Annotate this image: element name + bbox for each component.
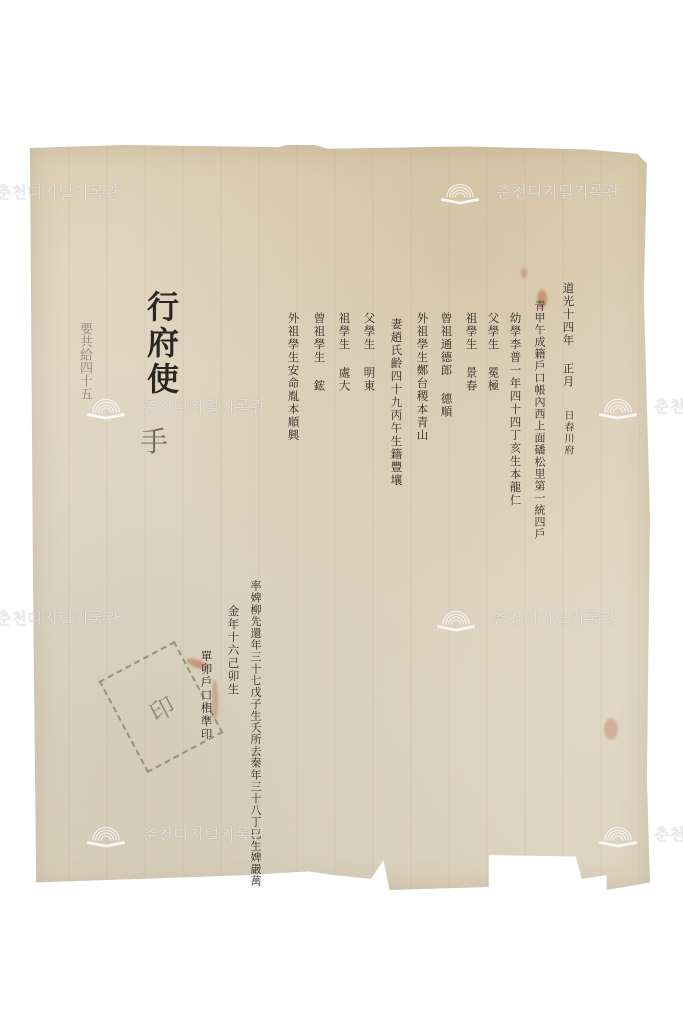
register-line: 祖學生 景春: [465, 312, 477, 393]
header-date: 道光十四年 正月: [562, 282, 574, 389]
register-line: 青甲午成籍戶口帳內西上面磻松里第一統四戶: [534, 300, 545, 540]
watermark-text: 춘천디지털기록관: [492, 606, 616, 629]
register-line: 曾祖學生 鋐: [313, 312, 325, 393]
watermark: 춘천디지털기록관: [590, 390, 683, 420]
header-office: 日春川府: [562, 410, 572, 456]
watermark: 춘천디지털기록관: [0, 180, 120, 203]
document-paper: [30, 145, 650, 890]
watermark: 춘천디지털기록관: [78, 818, 266, 848]
watermark: 춘천디지털기록관: [428, 602, 616, 632]
archive-book-logo-icon: [78, 390, 134, 420]
watermark: 춘천디지털기록관: [432, 175, 620, 205]
watermark-text: 춘천디지털기록관: [142, 822, 266, 845]
marginal-note: 要共給四十五: [75, 322, 94, 400]
register-line: 父學生 冕極: [487, 312, 499, 393]
register-line: 曾祖通德郎 德順: [440, 312, 452, 419]
watermark-text: 춘천디지털기록관: [0, 180, 120, 203]
archive-book-logo-icon: [428, 602, 484, 632]
register-line: 外祖學生鄭台稷本青山: [416, 312, 428, 442]
register-line: 外祖學生安命胤本順興: [287, 312, 299, 442]
servant-line: 金年十六己卯生: [227, 605, 239, 696]
signature-mark: ⼿: [140, 420, 168, 460]
watermark: 춘천디지털기록관: [0, 606, 120, 629]
archive-book-logo-icon: [590, 818, 646, 848]
archive-book-logo-icon: [590, 390, 646, 420]
watermark: 춘천디지털기록관: [78, 390, 266, 420]
watermark: 춘천디지털기록관: [590, 818, 683, 848]
watermark-text: 춘천디지털기록관: [496, 179, 620, 202]
register-line: 妻趙氏齡四十九丙午生籍豐壤: [390, 318, 402, 487]
ink-stain: [604, 718, 618, 740]
archive-book-logo-icon: [78, 818, 134, 848]
watermark-text: 춘천디지털기록관: [654, 394, 683, 417]
watermark-text: 춘천디지털기록관: [0, 606, 120, 629]
register-line: 父學生 明東: [363, 312, 375, 393]
watermark-text: 춘천디지털기록관: [654, 822, 683, 845]
official-title: 行府使: [138, 290, 184, 398]
register-line: 祖學生 處大: [338, 312, 350, 393]
watermark-text: 춘천디지털기록관: [142, 394, 266, 417]
archive-book-logo-icon: [432, 175, 488, 205]
register-line: 幼學李普一年四十四丁亥生本龍仁: [509, 312, 521, 507]
ink-stain: [521, 268, 527, 278]
